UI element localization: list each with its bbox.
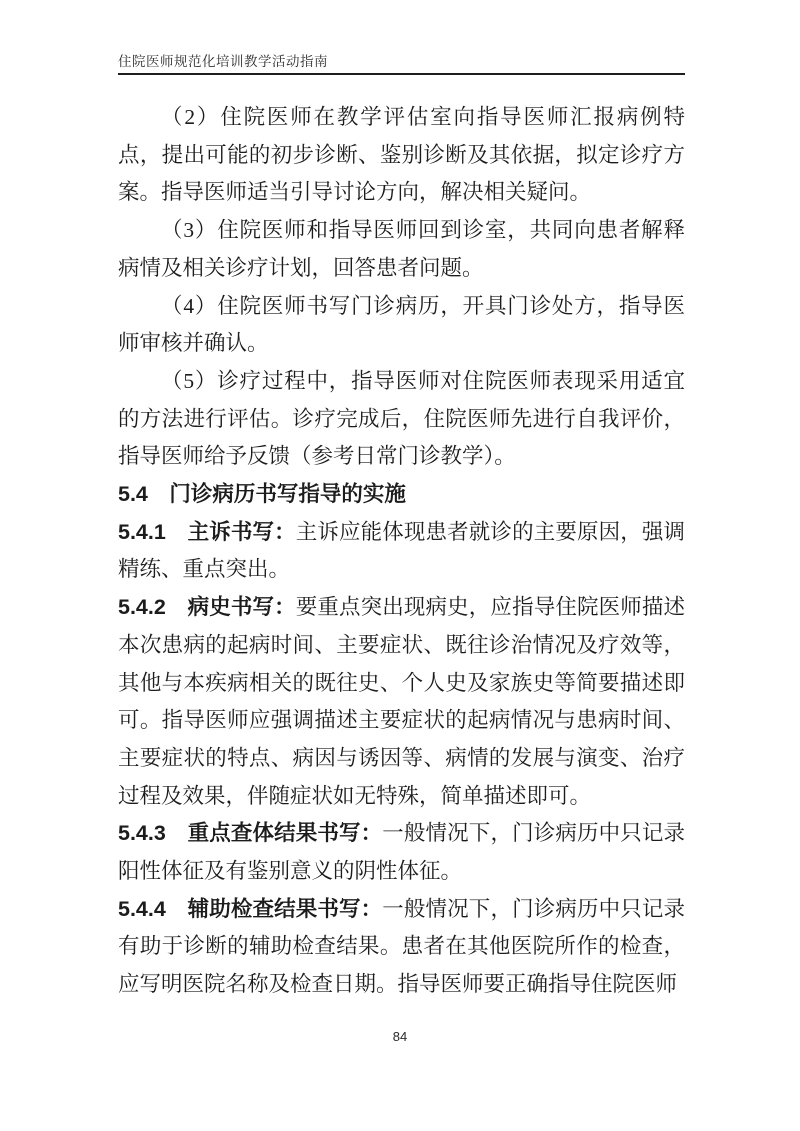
paragraph: 5.4.3 重点查体结果书写：一般情况下，门诊病历中只记录阳性体征及有鉴别意义的… — [118, 815, 685, 890]
paragraph-label: 5.4.4 辅助检查结果书写： — [118, 897, 382, 921]
paragraph-text: （5）诊疗过程中，指导医师对住院医师表现采用适宜的方法进行评估。诊疗完成后，住院… — [118, 369, 685, 468]
paragraph-text: （4）住院医师书写门诊病历，开具门诊处方，指导医师审核并确认。 — [118, 294, 685, 356]
page-number: 84 — [393, 1029, 407, 1044]
paragraph: 5.4.2 病史书写：要重点突出现病史，应指导住院医师描述本次患病的起病时间、主… — [118, 589, 685, 815]
paragraph: 5.4.4 辅助检查结果书写：一般情况下，门诊病历中只记录有助于诊断的辅助检查结… — [118, 891, 685, 1004]
paragraph-text: （2）住院医师在教学评估室向指导医师汇报病例特点，提出可能的初步诊断、鉴别诊断及… — [118, 105, 685, 204]
section-heading-text: 5.4 门诊病历书写指导的实施 — [118, 482, 406, 506]
paragraph: （5）诊疗过程中，指导医师对住院医师表现采用适宜的方法进行评估。诊疗完成后，住院… — [118, 363, 685, 476]
paragraph-text: （3）住院医师和指导医师回到诊室，共同向患者解释病情及相关诊疗计划，回答患者问题… — [118, 218, 685, 280]
paragraph: 5.4.1 主诉书写：主诉应能体现患者就诊的主要原因，强调精练、重点突出。 — [118, 514, 685, 589]
paragraph: （4）住院医师书写门诊病历，开具门诊处方，指导医师审核并确认。 — [118, 288, 685, 363]
paragraph-text: 要重点突出现病史，应指导住院医师描述本次患病的起病时间、主要症状、既往诊治情况及… — [118, 595, 685, 808]
paragraph: （2）住院医师在教学评估室向指导医师汇报病例特点，提出可能的初步诊断、鉴别诊断及… — [118, 99, 685, 212]
page-header: 住院医师规范化培训教学活动指南 — [118, 53, 685, 75]
section-heading: 5.4 门诊病历书写指导的实施 — [118, 476, 685, 514]
document-page: 住院医师规范化培训教学活动指南 （2）住院医师在教学评估室向指导医师汇报病例特点… — [0, 0, 800, 1131]
page-body: （2）住院医师在教学评估室向指导医师汇报病例特点，提出可能的初步诊断、鉴别诊断及… — [118, 99, 685, 1004]
header-divider — [118, 73, 685, 75]
running-header-title: 住院医师规范化培训教学活动指南 — [118, 53, 685, 70]
page-footer: 84 — [0, 1028, 800, 1046]
paragraph-label: 5.4.2 病史书写： — [118, 595, 296, 619]
paragraph: （3）住院医师和指导医师回到诊室，共同向患者解释病情及相关诊疗计划，回答患者问题… — [118, 212, 685, 287]
paragraph-label: 5.4.1 主诉书写： — [118, 520, 296, 544]
paragraph-label: 5.4.3 重点查体结果书写： — [118, 821, 382, 845]
